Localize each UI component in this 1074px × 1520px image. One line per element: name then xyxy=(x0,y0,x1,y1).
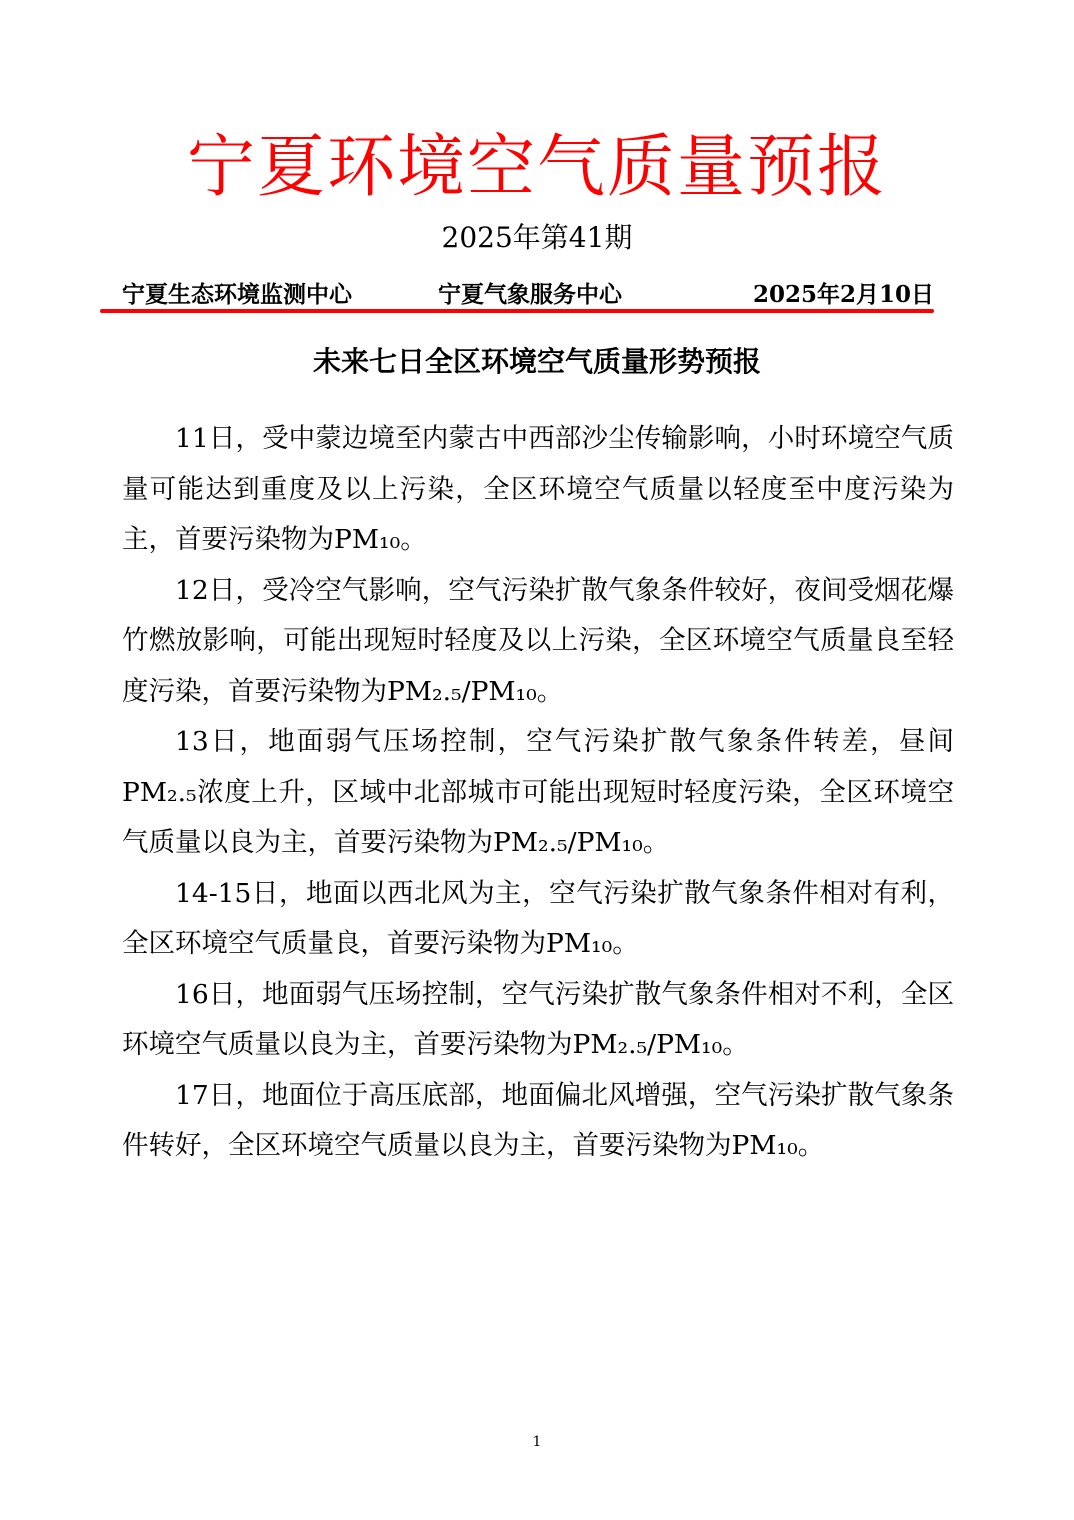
paragraph-day-14-15: 14-15日，地面以西北风为主，空气污染扩散气象条件相对有利，全区环境空气质量良… xyxy=(122,869,954,970)
org-meteorology-center: 宁夏气象服务中心 xyxy=(438,278,622,312)
org-monitoring-center: 宁夏生态环境监测中心 xyxy=(122,278,352,312)
document-title: 未来七日全区环境空气质量形势预报 xyxy=(0,340,1074,384)
red-divider xyxy=(100,309,934,313)
publisher-line: 宁夏生态环境监测中心 宁夏气象服务中心 2025年2月10日 xyxy=(122,278,934,312)
publish-date: 2025年2月10日 xyxy=(753,278,934,312)
document-body: 11日，受中蒙边境至内蒙古中西部沙尘传输影响，小时环境空气质量可能达到重度及以上… xyxy=(122,414,954,1172)
paragraph-day-12: 12日，受冷空气影响，空气污染扩散气象条件较好，夜间受烟花爆竹燃放影响，可能出现… xyxy=(122,566,954,718)
paragraph-day-17: 17日，地面位于高压底部，地面偏北风增强，空气污染扩散气象条件转好，全区环境空气… xyxy=(122,1071,954,1172)
masthead-title: 宁夏环境空气质量预报 xyxy=(0,128,1074,208)
paragraph-day-13: 13日，地面弱气压场控制，空气污染扩散气象条件转差，昼间PM₂.₅浓度上升，区域… xyxy=(122,717,954,869)
issue-number: 2025年第41期 xyxy=(0,220,1074,256)
paragraph-day-11: 11日，受中蒙边境至内蒙古中西部沙尘传输影响，小时环境空气质量可能达到重度及以上… xyxy=(122,414,954,566)
page-number: 1 xyxy=(0,1434,1074,1450)
paragraph-day-16: 16日，地面弱气压场控制，空气污染扩散气象条件相对不利，全区环境空气质量以良为主… xyxy=(122,970,954,1071)
